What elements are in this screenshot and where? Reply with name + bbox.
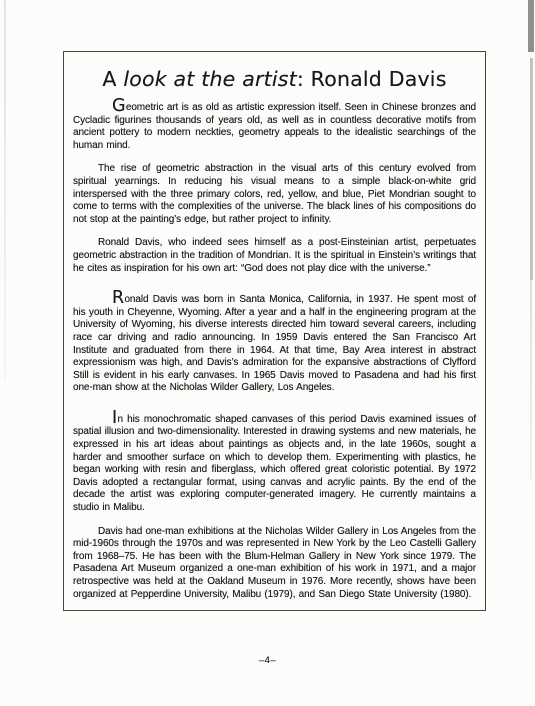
drop-cap-letter: G (112, 96, 126, 116)
paragraph: Geometric art is as old as artistic expr… (73, 101, 476, 152)
title-italic-phrase: look at the artist (123, 67, 297, 91)
paragraph: Davis had one-man exhibitions at the Nic… (73, 526, 476, 602)
paragraph: Ronald Davis, who indeed sees himself as… (73, 237, 476, 275)
scan-edge-right-fade (530, 280, 532, 480)
paragraph: Ronald Davis was born in Santa Monica, C… (73, 293, 476, 395)
paragraph: In his monochromatic shaped canvases of … (73, 413, 476, 515)
scan-edge-left (4, 0, 6, 380)
scanned-document-page: { "colors": { "paper": "#fcfcfa", "ink":… (0, 0, 535, 706)
paragraph: The rise of geometric abstraction in the… (73, 163, 476, 226)
title-artist-name: : Ronald Davis (297, 67, 447, 91)
title-lead: A (102, 67, 123, 91)
page-number: –4– (0, 655, 535, 666)
scan-edge-right-mid (530, 58, 533, 280)
drop-cap-letter: R (112, 288, 124, 308)
page-border-frame: A look at the artist: Ronald Davis Geome… (63, 51, 486, 611)
page-title: A look at the artist: Ronald Davis (73, 67, 476, 91)
drop-cap-letter: I (112, 408, 117, 428)
body-paragraphs: Geometric art is as old as artistic expr… (73, 101, 476, 601)
scan-edge-right-top (528, 0, 534, 52)
